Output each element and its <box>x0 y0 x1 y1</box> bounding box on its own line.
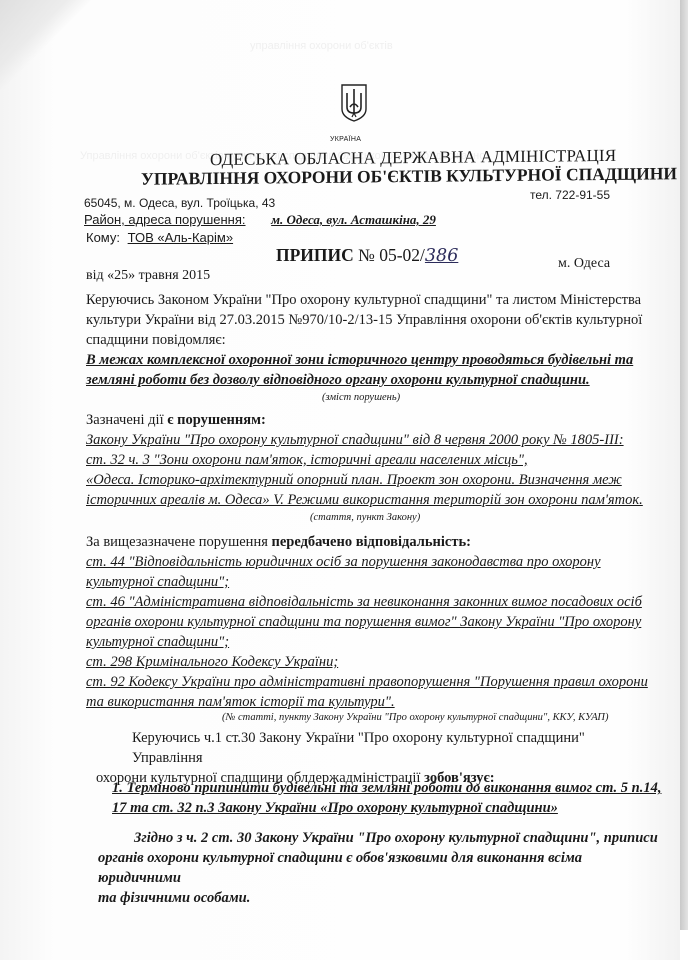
order-number-handwritten: 386 <box>425 246 458 266</box>
liability-line: культурної спадщини"; <box>86 572 656 592</box>
legal-basis-line: ст. 32 ч. 3 "Зони охорони пам'яток, істо… <box>86 450 656 470</box>
intro-line: спадщини повідомляє: <box>86 330 646 350</box>
order-title-text: ПРИПИС <box>276 245 354 265</box>
violation-location-label: Район, адреса порушення: <box>84 212 246 227</box>
liability-heading: За вищезазначене порушення передбачено в… <box>86 532 656 552</box>
binding-note-line: та фізичними особами. <box>98 888 668 908</box>
violation-location-value: м. Одеса, вул. Асташкіна, 29 <box>271 212 436 227</box>
order-number-prefix: № 05-02/ <box>358 245 425 265</box>
liability-line: ст. 298 Кримінального Кодексу України; <box>86 652 656 672</box>
page-edge-shadow <box>680 0 688 930</box>
liability: За вищезазначене порушення передбачено в… <box>86 532 656 712</box>
liability-line: ст. 44 "Відповідальність юридичних осіб … <box>86 552 656 572</box>
recipient: Кому: ТОВ «Аль-Карім» <box>86 230 233 245</box>
intro-line: Керуючись Законом України "Про охорону к… <box>86 290 646 310</box>
heading-bold-text: передбачено відповідальність: <box>272 534 471 550</box>
heading-text: Зазначені дії <box>86 412 167 428</box>
intro-paragraph: Керуючись Законом України "Про охорону к… <box>86 290 646 350</box>
legal-basis: Зазначені дії є порушенням: Закону Украї… <box>86 410 656 510</box>
order-date: від «25» травня 2015 <box>86 268 210 284</box>
binding-note-line: Згідно з ч. 2 ст. 30 Закону України "Про… <box>98 828 668 848</box>
page-fold-shadow <box>0 0 120 90</box>
violation-line: земляні роботи без дозволу відповідного … <box>86 370 656 390</box>
violation-caption: (зміст порушень) <box>322 392 400 403</box>
department-address: 65045, м. Одеса, вул. Троїцька, 43 <box>84 196 275 210</box>
heading-text: За вищезазначене порушення <box>86 534 272 550</box>
bleed-through-text: управління охорони об'єктів <box>250 40 393 52</box>
legal-basis-line: «Одеса. Історико-архітектурний опорний п… <box>86 470 656 490</box>
department-name: УПРАВЛІННЯ ОХОРОНИ ОБ'ЄКТІВ КУЛЬТУРНОЇ С… <box>141 163 677 190</box>
legal-basis-heading: Зазначені дії є порушенням: <box>86 410 656 430</box>
intro-line: культури України від 27.03.2015 №970/10-… <box>86 310 646 330</box>
obligation-item-line: 1. Терміново припинити будівельні та зем… <box>112 778 672 798</box>
order-city: м. Одеса <box>558 256 610 272</box>
legal-basis-line: Закону України "Про охорону культурної с… <box>86 430 656 450</box>
phone-number: тел. 722-91-55 <box>530 188 610 202</box>
crest-label: УКРАЇНА <box>330 136 361 143</box>
heading-bold-text: є порушенням: <box>167 412 266 428</box>
binding-note: Згідно з ч. 2 ст. 30 Закону України "Про… <box>98 828 668 908</box>
liability-line: ст. 92 Кодексу України про адміністратив… <box>86 672 656 692</box>
liability-caption: (№ статті, пункту Закону України "Про ох… <box>222 712 609 723</box>
violation-line: В межах комплексної охоронної зони істор… <box>86 350 656 370</box>
obligation-item-1: 1. Терміново припинити будівельні та зем… <box>112 778 672 818</box>
liability-line: культурної спадщини"; <box>86 632 656 652</box>
liability-line: ст. 46 "Адміністративна відповідальність… <box>86 592 656 612</box>
violation-location: Район, адреса порушення: м. Одеса, вул. … <box>84 212 436 228</box>
legal-basis-line: історичних ареалів м. Одеса» V. Режими в… <box>86 490 656 510</box>
obligation-line: Керуючись ч.1 ст.30 Закону України "Про … <box>96 728 656 768</box>
obligation-item-line: 17 та ст. 32 п.3 Закону України «Про охо… <box>112 798 672 818</box>
legal-basis-caption: (стаття, пункт Закону) <box>310 512 420 523</box>
binding-note-line: органів охорони культурної спадщини є об… <box>98 848 668 888</box>
recipient-value: ТОВ «Аль-Карім» <box>128 230 233 245</box>
recipient-label: Кому: <box>86 230 120 245</box>
liability-line: органів охорони культурної спадщини та п… <box>86 612 656 632</box>
document-page: управління охорони об'єктів Управління о… <box>0 0 680 960</box>
order-title: ПРИПИС № 05-02/386 <box>276 245 458 266</box>
violation-description: В межах комплексної охоронної зони істор… <box>86 350 656 390</box>
liability-line: та використання пам'яток історії та куль… <box>86 692 656 712</box>
ukraine-coat-of-arms-icon <box>339 83 369 123</box>
